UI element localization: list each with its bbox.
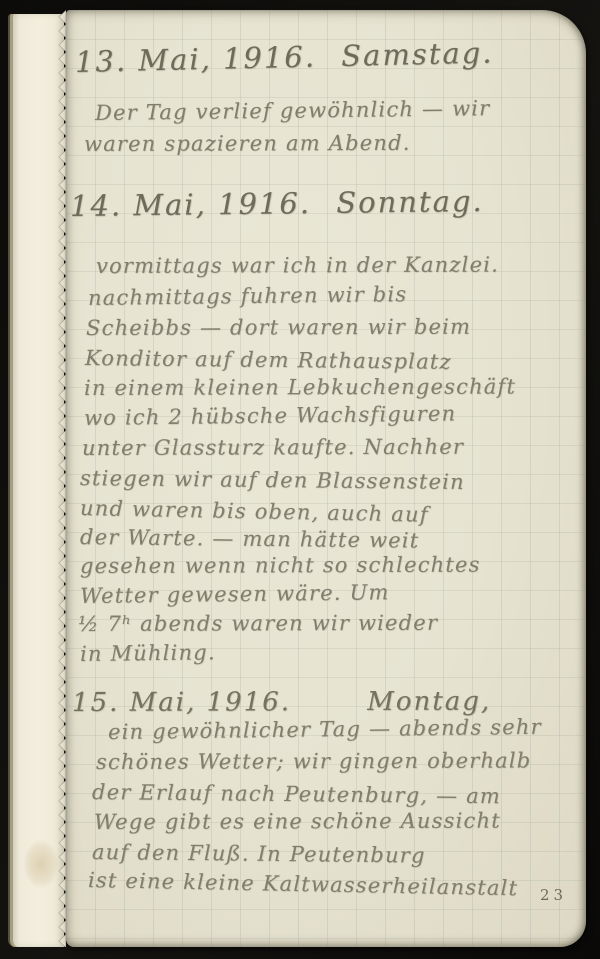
- handwritten-line: ½ 7ʰ abends waren wir wieder: [78, 613, 438, 635]
- handwritten-line: stiegen wir auf den Blassenstein: [80, 468, 465, 493]
- handwritten-line: Der Tag verlief gewöhnlich — wir: [95, 98, 491, 124]
- handwritten-line: in einem kleinen Lebkuchengeschäft: [84, 376, 516, 399]
- handwritten-line: Scheibbs — dort waren wir beim: [86, 317, 471, 339]
- photo-background: 13. Mai, 1916. Samstag. Der Tag verlief …: [0, 0, 600, 959]
- handwritten-line: schönes Wetter; wir gingen oberhalb: [96, 750, 531, 773]
- handwritten-line: Konditor auf dem Rathausplatz: [85, 348, 452, 373]
- handwritten-line: waren spazieren am Abend.: [84, 133, 411, 155]
- handwritten-line: unter Glassturz kaufte. Nachher: [82, 437, 464, 459]
- handwritten-line: auf den Fluß. In Peutenburg: [92, 842, 426, 866]
- handwritten-line: Wetter gewesen wäre. Um: [80, 582, 390, 607]
- entry-weekday: Montag,: [367, 687, 491, 717]
- entry-weekday: Samstag.: [341, 36, 494, 73]
- entry-date: 14. Mai, 1916.: [70, 186, 311, 223]
- handwritten-line: vormittags war ich in der Kanzlei.: [96, 255, 499, 277]
- handwritten-line: ein gewöhnlicher Tag — abends sehr: [108, 717, 542, 743]
- entry-date-heading: 15. Mai, 1916. Montag,: [72, 689, 491, 716]
- handwritten-line: wo ich 2 hübsche Wachsfiguren: [84, 403, 456, 429]
- torn-edge: [52, 10, 66, 947]
- handwritten-line: der Warte. — man hätte weit: [80, 527, 420, 552]
- handwritten-line: nachmittags fuhren wir bis: [88, 284, 408, 309]
- entry-date: 15. Mai, 1916.: [72, 687, 291, 718]
- notebook-page: 13. Mai, 1916. Samstag. Der Tag verlief …: [66, 10, 586, 947]
- entry-date-heading: 14. Mai, 1916. Sonntag.: [70, 187, 484, 221]
- page-number: 23: [540, 888, 567, 903]
- handwritten-line: gesehen wenn nicht so schlechtes: [80, 555, 481, 577]
- entry-weekday: Sonntag.: [336, 184, 484, 220]
- handwritten-line: der Erlauf nach Peutenburg, — am: [92, 782, 501, 807]
- handwritten-line: Wege gibt es eine schöne Aussicht: [94, 811, 501, 833]
- entry-date: 13. Mai, 1916.: [75, 40, 317, 79]
- handwritten-line: in Mühling.: [80, 642, 216, 665]
